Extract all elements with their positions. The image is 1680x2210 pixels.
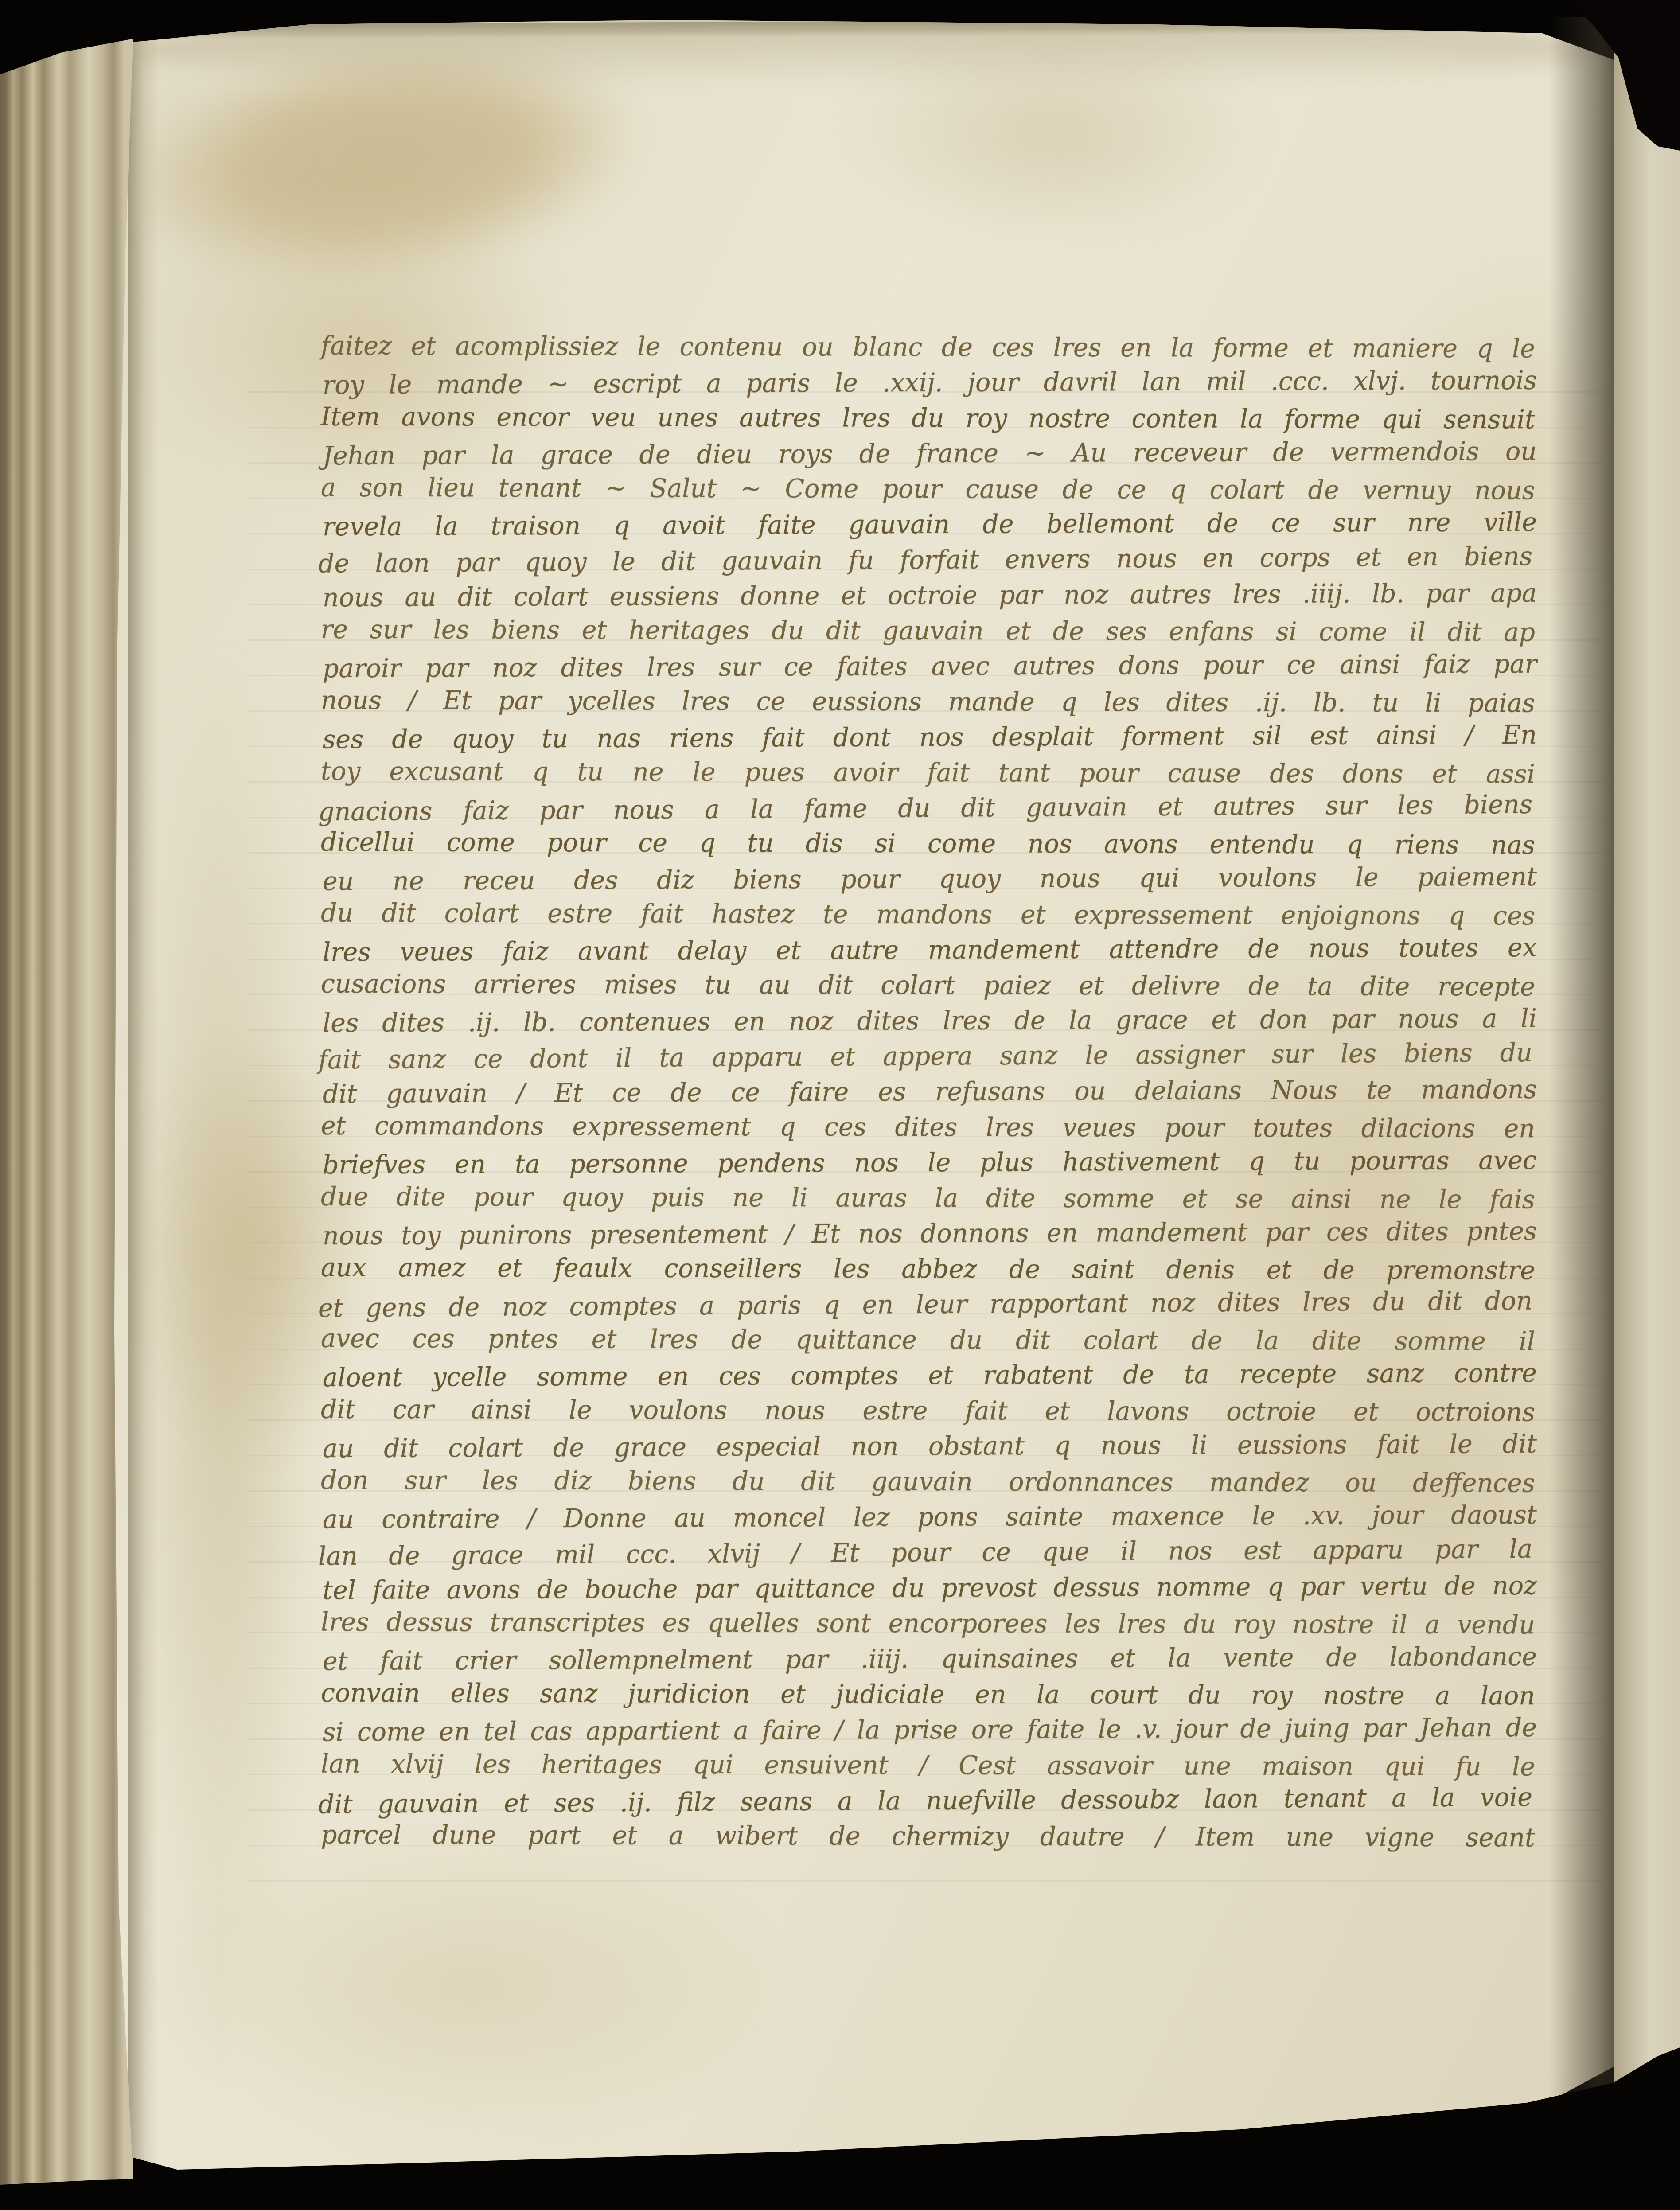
- text-line: toy excusant q tu ne le pues avoir fait …: [321, 754, 1535, 792]
- text-line: et commandons expressement q ces dites l…: [321, 1108, 1535, 1147]
- facing-page-edge: [1614, 0, 1680, 2210]
- text-line: aloent ycelle somme en ces comptes et ra…: [323, 1356, 1537, 1396]
- text-line: Jehan par la grace de dieu roys de franc…: [323, 434, 1537, 474]
- text-line: revela la traison q avoit faite gauvain …: [323, 505, 1537, 545]
- text-line: ses de quoy tu nas riens fait dont nos d…: [323, 717, 1537, 758]
- text-block: faitez et acomplissiez le contenu ou bla…: [321, 330, 1535, 1854]
- backdrop-top: [0, 0, 1680, 17]
- text-line: roy le mande ~ escript a paris le .xxij.…: [323, 363, 1537, 403]
- text-line: nous au dit colart eussiens donne et oct…: [323, 576, 1537, 616]
- text-line: de laon par quoy le dit gauvain fu forfa…: [318, 539, 1532, 582]
- book-page: faitez et acomplissiez le contenu ou bla…: [0, 0, 1680, 2210]
- text-line: cusacions arrieres mises tu au dit colar…: [321, 967, 1535, 1005]
- text-line: au dit colart de grace especial non obst…: [323, 1427, 1537, 1467]
- text-line: nous toy punirons presentement / Et nos …: [323, 1214, 1537, 1254]
- text-line: dit gauvain / Et ce de ce faire es refus…: [323, 1072, 1537, 1112]
- page-stack-edges: [0, 0, 133, 2210]
- text-line: les dites .ij. lb. contenues en noz dite…: [323, 1001, 1537, 1041]
- text-line: gnacions faiz par nous a la fame du dit …: [318, 787, 1532, 830]
- text-line: faitez et acomplissiez le contenu ou bla…: [321, 328, 1535, 367]
- text-line: lres dessus transcriptes es quelles sont…: [321, 1605, 1535, 1643]
- text-line: si come en tel cas appartient a faire / …: [323, 1710, 1537, 1750]
- manuscript-photo: faitez et acomplissiez le contenu ou bla…: [0, 0, 1680, 2210]
- text-line: tel faite avons de bouche par quittance …: [323, 1568, 1537, 1609]
- text-line: au contraire / Donne au moncel lez pons …: [323, 1497, 1537, 1538]
- text-line: dicellui come pour ce q tu dis si come n…: [321, 825, 1535, 863]
- text-line: avec ces pntes et lres de quittance du d…: [321, 1321, 1535, 1360]
- text-line: et gens de noz comptes a paris q en leur…: [318, 1283, 1532, 1326]
- text-line: lan xlvij les heritages qui ensuivent / …: [321, 1746, 1535, 1785]
- text-line: don sur les diz biens du dit gauvain ord…: [321, 1463, 1535, 1501]
- text-line: fait sanz ce dont il ta apparu et appera…: [318, 1035, 1532, 1078]
- text-line: a son lieu tenant ~ Salut ~ Come pour ca…: [321, 470, 1535, 509]
- text-line: briefves en ta personne pendens nos le p…: [323, 1143, 1537, 1183]
- text-line: convain elles sanz juridicion et judicia…: [321, 1676, 1535, 1714]
- text-line: nous / Et par ycelles lres ce eussions m…: [321, 683, 1535, 721]
- text-line: dit car ainsi le voulons nous estre fait…: [321, 1392, 1535, 1430]
- text-line: du dit colart estre fait hastez te mando…: [321, 896, 1535, 934]
- text-line: re sur les biens et heritages du dit gau…: [321, 612, 1535, 651]
- text-line: lan de grace mil ccc. xlvij / Et pour ce…: [318, 1532, 1532, 1575]
- text-line: aux amez et feaulx conseillers les abbez…: [321, 1250, 1535, 1289]
- text-line: eu ne receu des diz biens pour quoy nous…: [323, 859, 1537, 900]
- text-line: lres veues faiz avant delay et autre man…: [323, 930, 1537, 971]
- text-line: et fait crier sollempnelment par .iiij. …: [323, 1639, 1537, 1680]
- text-line: paroir par noz dites lres sur ce faites …: [323, 647, 1537, 687]
- text-line: due dite pour quoy puis ne li auras la d…: [321, 1179, 1535, 1218]
- text-line: parcel dune part et a wibert de chermizy…: [321, 1817, 1535, 1856]
- stain: [120, 13, 1618, 89]
- text-line: dit gauvain et ses .ij. filz seans a la …: [318, 1780, 1532, 1823]
- text-line: Item avons encor veu unes autres lres du…: [321, 399, 1535, 438]
